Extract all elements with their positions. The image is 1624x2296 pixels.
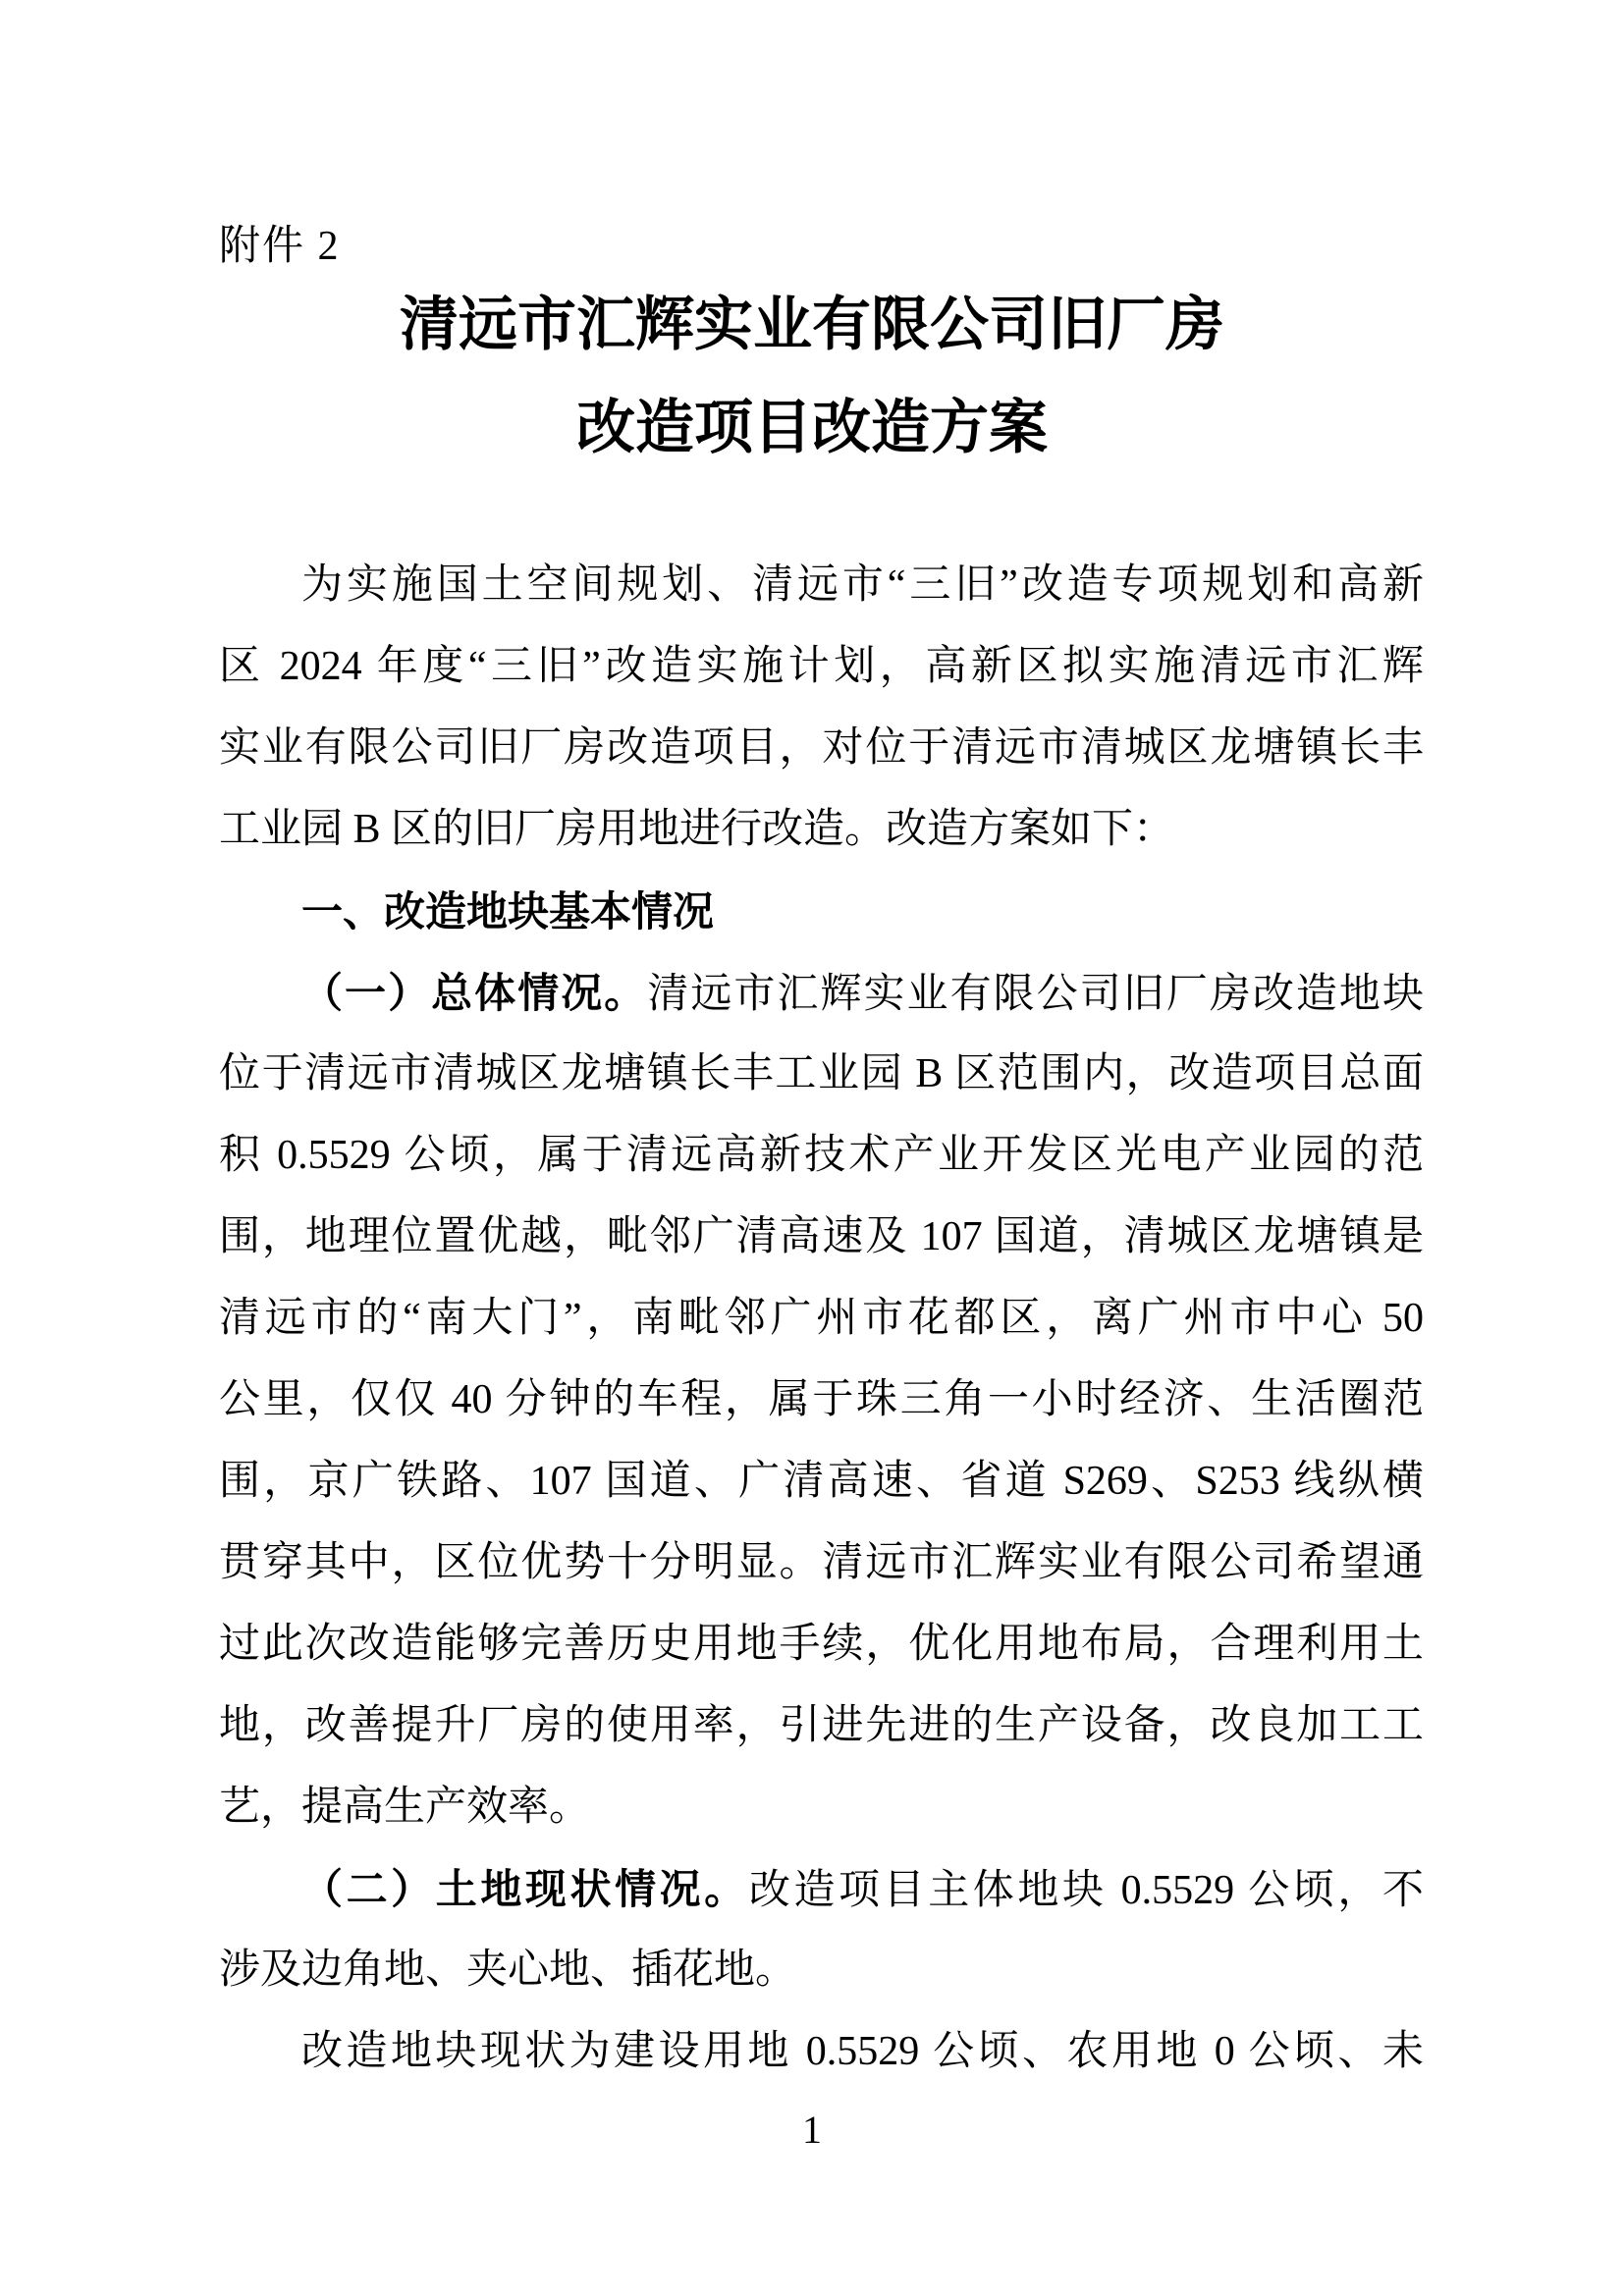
body-line-bold-segment: 一、改造地块基本情况 (301, 888, 714, 934)
body-line-text-segment: 改造地块现状为建设用地 0.5529 公顷、农用地 0 公顷、未 (301, 2029, 1424, 2074)
body-line-text-segment: 清远市的“南大门”，南毗邻广州市花都区，离广州市中心 50 (219, 1296, 1424, 1341)
body-line-text-segment: 艺，提高生产效率。 (219, 1785, 590, 1830)
body-line-text-segment: 位于清远市清城区龙塘镇长丰工业园 B 区范围内，改造项目总面 (219, 1051, 1424, 1096)
body-line-text-segment: 贯穿其中，区位优势十分明显。清远市汇辉实业有限公司希望通 (219, 1540, 1424, 1585)
body-line: 贯穿其中，区位优势十分明显。清远市汇辉实业有限公司希望通 (219, 1522, 1424, 1604)
body-line: 艺，提高生产效率。 (219, 1767, 1424, 1848)
body-line: 一、改造地块基本情况 (219, 871, 1424, 952)
body-line-text-segment: 区 2024 年度“三旧”改造实施计划，高新区拟实施清远市汇辉 (219, 644, 1424, 689)
body-line: 位于清远市清城区龙塘镇长丰工业园 B 区范围内，改造项目总面 (219, 1034, 1424, 1115)
body-line-text-segment: 为实施国土空间规划、清远市“三旧”改造专项规划和高新 (301, 562, 1424, 608)
body-line-text-segment: 改造项目主体地块 0.5529 公顷，不 (749, 1868, 1424, 1913)
body-line-text-segment: 实业有限公司旧厂房改造项目，对位于清远市清城区龙塘镇长丰 (219, 725, 1424, 771)
body-line: 为实施国土空间规划、清远市“三旧”改造专项规划和高新 (219, 545, 1424, 626)
body-line-text-segment: 涉及边角地、夹心地、插花地。 (219, 1948, 796, 1993)
body-line-text-segment: 地，改善提升厂房的使用率，引进先进的生产设备，改良加工工 (219, 1703, 1424, 1748)
body-line-text-segment: 围，京广铁路、107 国道、广清高速、省道 S269、S253 线纵横 (219, 1459, 1424, 1504)
body-line-text-segment: 过此次改造能够完善历史用地手续，优化用地布局，合理利用土 (219, 1622, 1424, 1667)
body-line: 围，京广铁路、107 国道、广清高速、省道 S269、S253 线纵横 (219, 1441, 1424, 1522)
body-line: 围，地理位置优越，毗邻广清高速及 107 国道，清城区龙塘镇是 (219, 1197, 1424, 1278)
page-number: 1 (0, 2109, 1624, 2152)
title-line-1: 清远市汇辉实业有限公司旧厂房 (0, 274, 1624, 377)
body-line: 区 2024 年度“三旧”改造实施计划，高新区拟实施清远市汇辉 (219, 626, 1424, 708)
body-line: 积 0.5529 公顷，属于清远高新技术产业开发区光电产业园的范 (219, 1115, 1424, 1197)
body-line-text-segment: 清远市汇辉实业有限公司旧厂房改造地块 (647, 972, 1424, 1017)
body-line: 过此次改造能够完善历史用地手续，优化用地布局，合理利用土 (219, 1604, 1424, 1685)
body-line-text-segment: 工业园 B 区的旧厂房用地进行改造。改造方案如下： (219, 807, 1174, 852)
body-line: 涉及边角地、夹心地、插花地。 (219, 1930, 1424, 2011)
body-line-text-segment: 公里，仅仅 40 分钟的车程，属于珠三角一小时经济、生活圈范 (219, 1377, 1424, 1422)
body-text: 为实施国土空间规划、清远市“三旧”改造专项规划和高新区 2024 年度“三旧”改… (219, 545, 1424, 2093)
title-line-2: 改造项目改造方案 (0, 377, 1624, 480)
body-line: 改造地块现状为建设用地 0.5529 公顷、农用地 0 公顷、未 (219, 2011, 1424, 2093)
attachment-label: 附件 2 (219, 224, 341, 269)
body-line: （一）总体情况。清远市汇辉实业有限公司旧厂房改造地块 (219, 952, 1424, 1034)
body-line: 工业园 B 区的旧厂房用地进行改造。改造方案如下： (219, 789, 1424, 871)
body-line-text-segment: 围，地理位置优越，毗邻广清高速及 107 国道，清城区龙塘镇是 (219, 1214, 1424, 1259)
body-line: 清远市的“南大门”，南毗邻广州市花都区，离广州市中心 50 (219, 1278, 1424, 1360)
body-line-bold-segment: （一）总体情况。 (301, 970, 647, 1016)
document-page: 附件 2 清远市汇辉实业有限公司旧厂房 改造项目改造方案 为实施国土空间规划、清… (0, 0, 1624, 2296)
body-line: 公里，仅仅 40 分钟的车程，属于珠三角一小时经济、生活圈范 (219, 1360, 1424, 1441)
body-line-text-segment: 积 0.5529 公顷，属于清远高新技术产业开发区光电产业园的范 (219, 1133, 1424, 1178)
body-line: 实业有限公司旧厂房改造项目，对位于清远市清城区龙塘镇长丰 (219, 708, 1424, 789)
document-title: 清远市汇辉实业有限公司旧厂房 改造项目改造方案 (0, 274, 1624, 480)
body-line-bold-segment: （二）土地现状情况。 (301, 1866, 749, 1912)
body-line: （二）土地现状情况。改造项目主体地块 0.5529 公顷，不 (219, 1848, 1424, 1930)
body-line: 地，改善提升厂房的使用率，引进先进的生产设备，改良加工工 (219, 1685, 1424, 1767)
